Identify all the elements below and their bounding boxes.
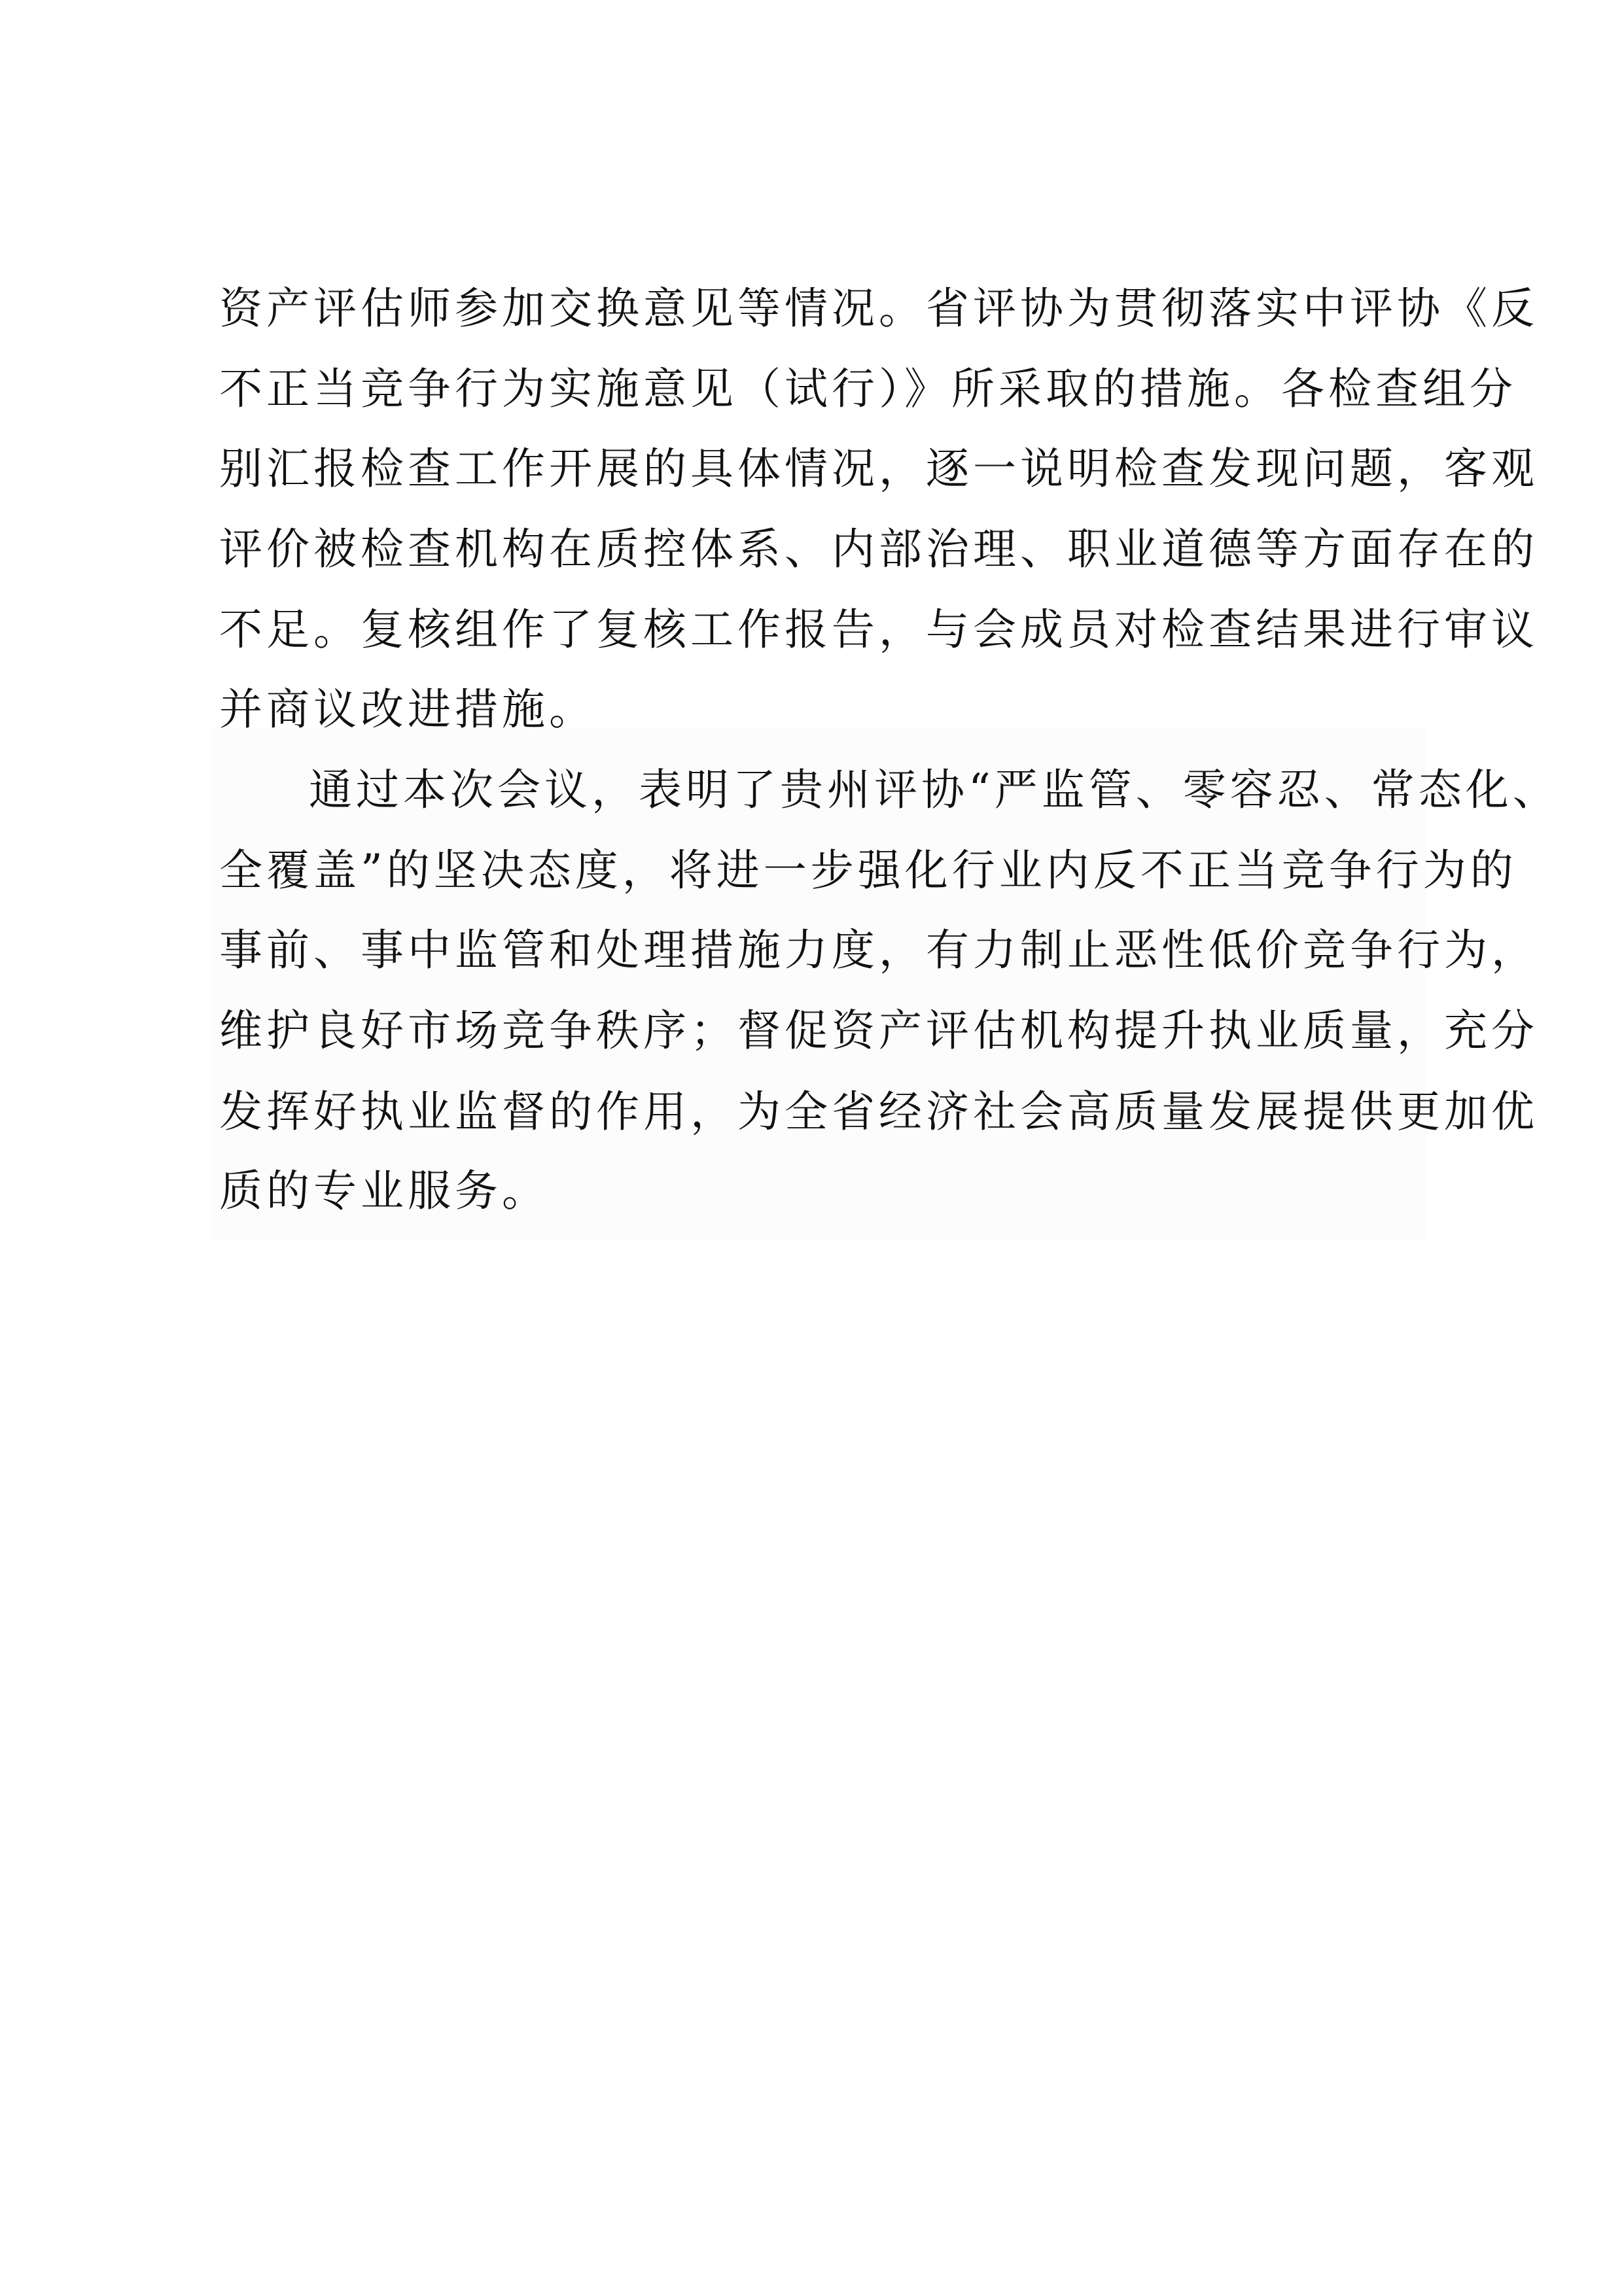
paragraph-2-line-2: 全覆盖”的坚决态度，将进一步强化行业内反不正当竞争行为的 xyxy=(219,831,1423,911)
paragraph-1-line-6: 并商议改进措施。 xyxy=(219,670,1423,750)
paragraph-1-line-4: 评价被检查机构在质控体系、内部治理、职业道德等方面存在的 xyxy=(219,510,1423,589)
paragraph-2-line-6: 质的专业服务。 xyxy=(219,1151,1423,1231)
paragraph-1-line-2: 不正当竞争行为实施意见（试行）》所采取的措施。各检查组分 xyxy=(219,349,1423,429)
paragraph-1-line-3: 别汇报检查工作开展的具体情况，逐一说明检查发现问题，客观 xyxy=(219,429,1423,509)
paragraph-2-line-4: 维护良好市场竞争秩序；督促资产评估机构提升执业质量，充分 xyxy=(219,991,1423,1071)
paragraph-1-line-5: 不足。复核组作了复核工作报告，与会成员对检查结果进行审议 xyxy=(219,590,1423,670)
paragraph-2-line-1: 通过本次会议，表明了贵州评协“严监管、零容忍、常态化、 xyxy=(309,750,1423,830)
paragraph-2-line-3: 事前、事中监管和处理措施力度，有力制止恶性低价竞争行为， xyxy=(219,911,1423,990)
document-page: 资产评估师参加交换意见等情况。省评协为贯彻落实中评协《反 不正当竞争行为实施意见… xyxy=(0,0,1624,2296)
paragraph-2-line-5: 发挥好执业监督的作用，为全省经济社会高质量发展提供更加优 xyxy=(219,1072,1423,1152)
paragraph-1-line-1: 资产评估师参加交换意见等情况。省评协为贯彻落实中评协《反 xyxy=(219,269,1423,349)
